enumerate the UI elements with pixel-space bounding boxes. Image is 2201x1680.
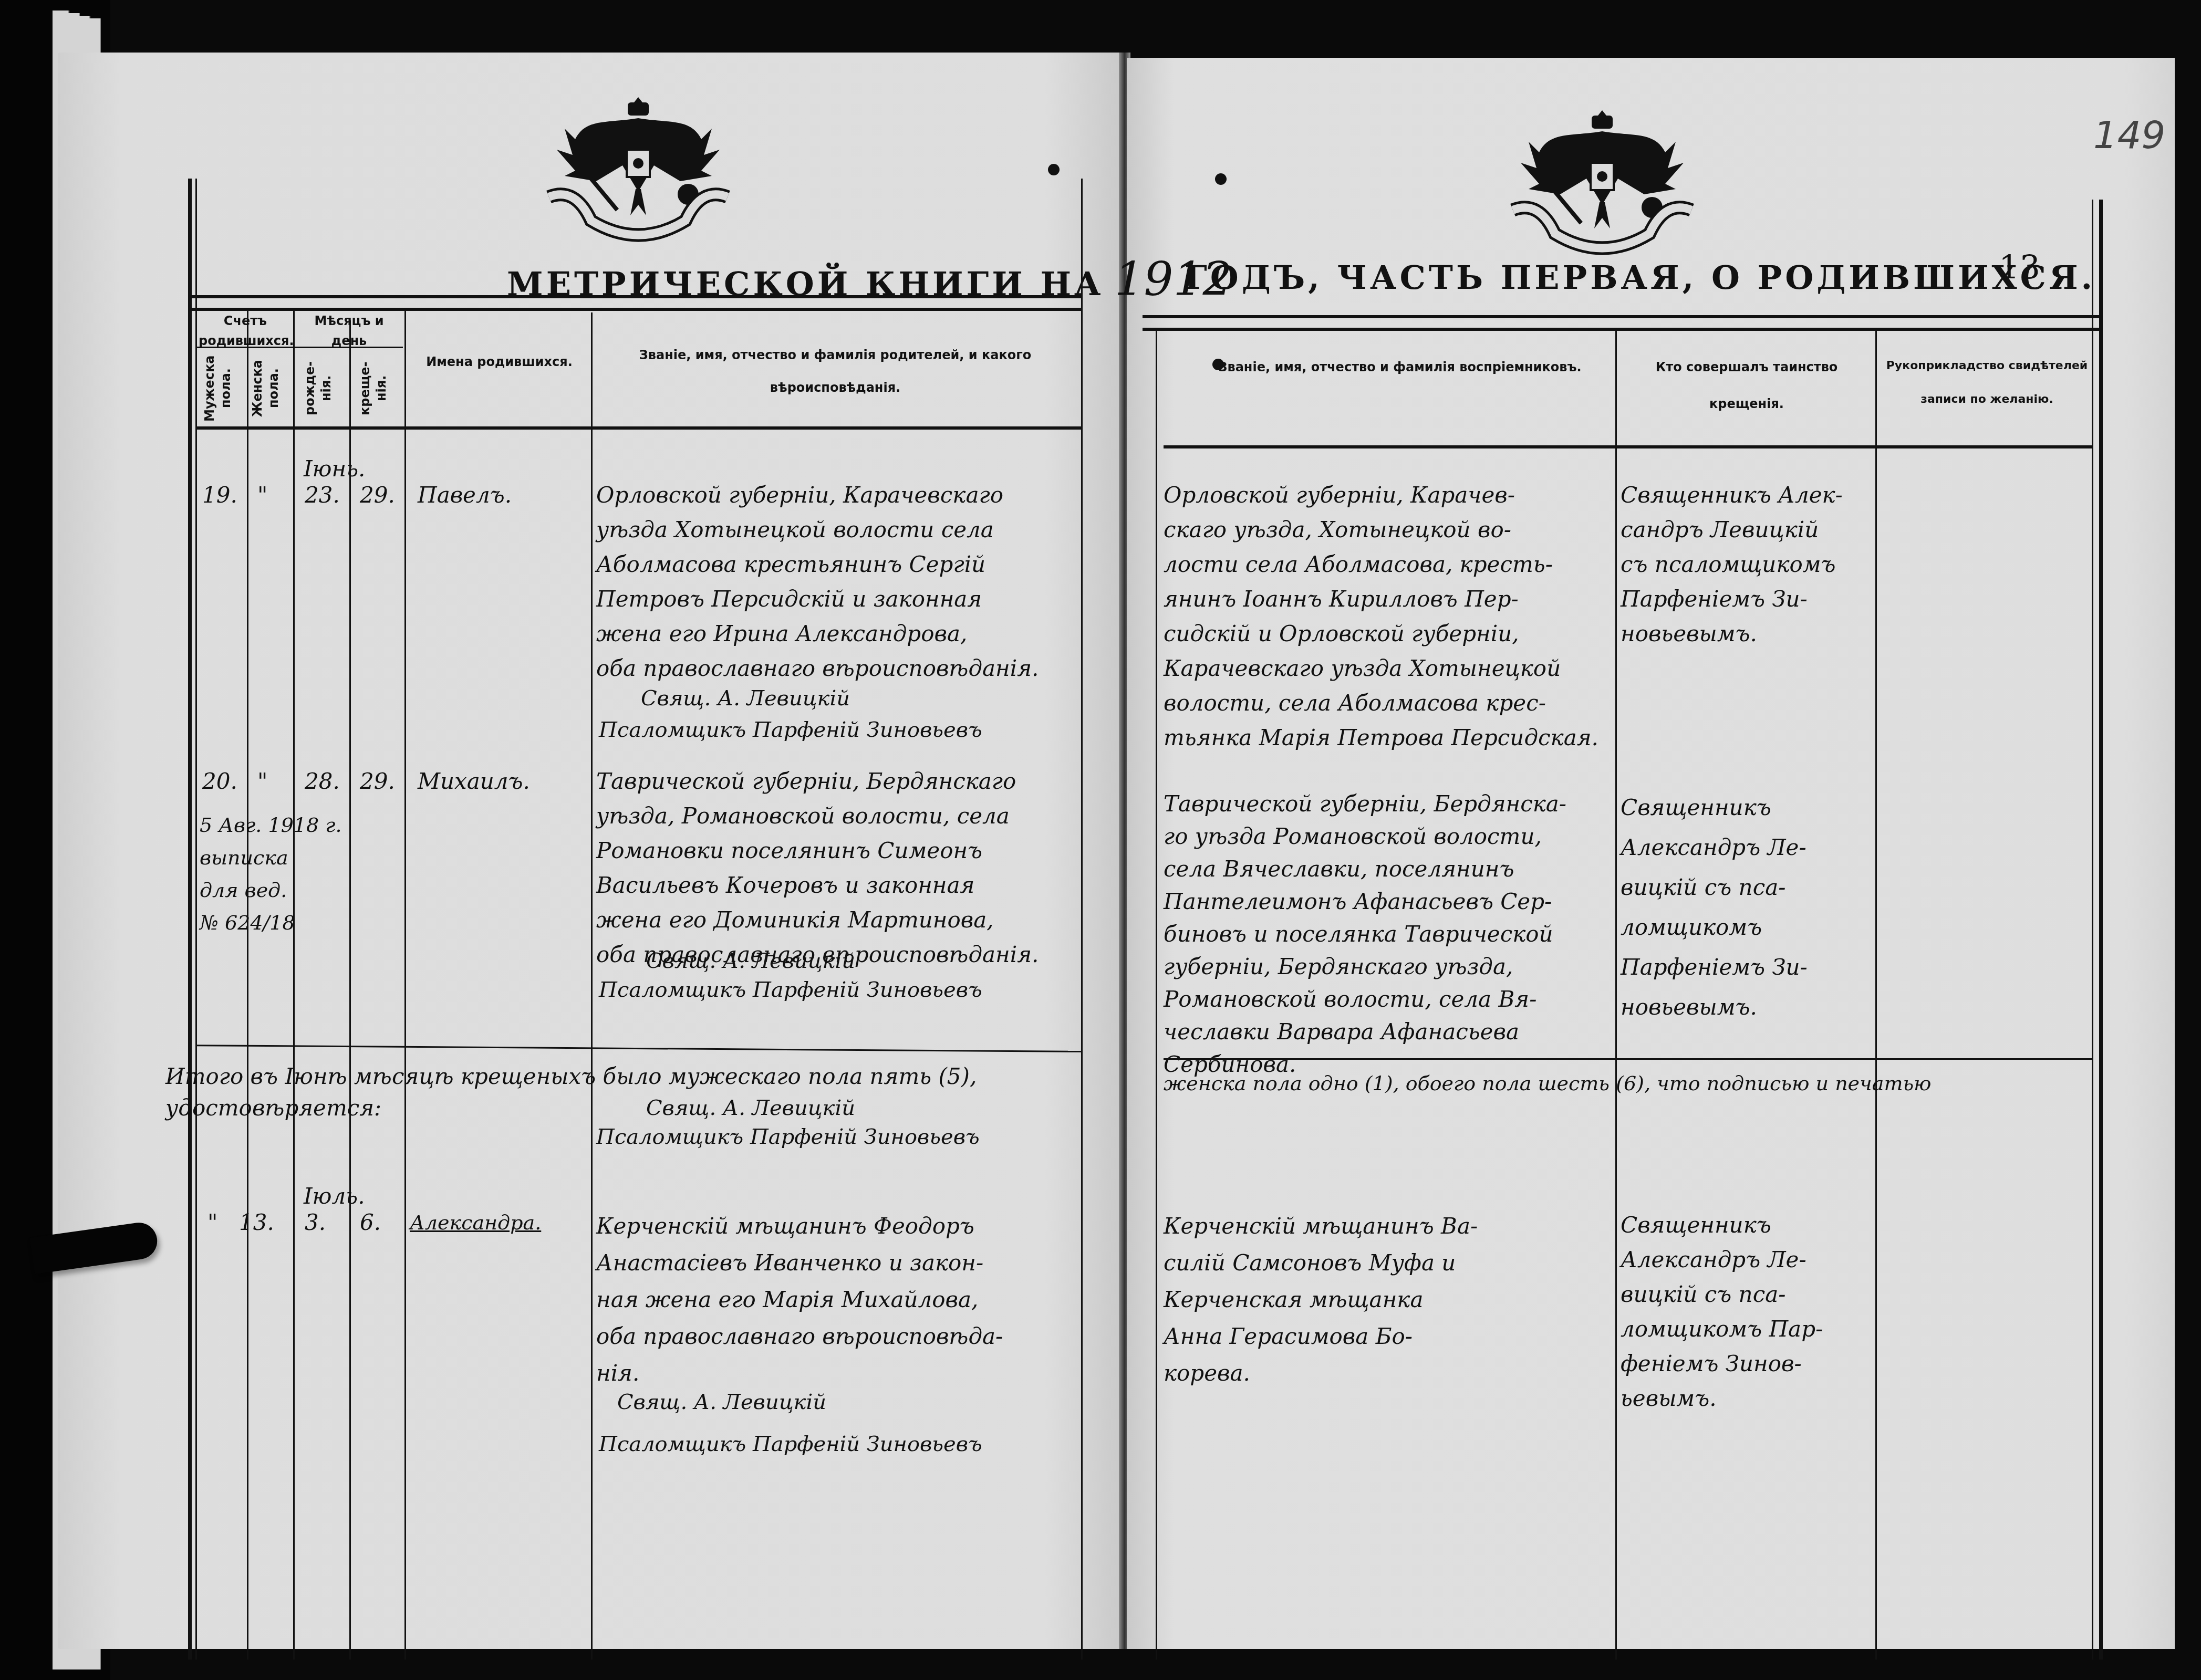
- imperial-eagle-emblem-icon: [1508, 100, 1697, 257]
- binding-hole: [1212, 359, 1224, 370]
- signature-priest: Свящ. А. Левицкій: [617, 1386, 826, 1418]
- right-page-border: [2092, 200, 2093, 1660]
- header-parents: Званіе, имя, отчество и фамилія родителе…: [604, 339, 1066, 404]
- entry-male-number: 19.: [202, 478, 237, 513]
- entry-performed-by: Священникъ Александръ Ле- вицкій съ пса-…: [1621, 788, 1873, 1027]
- entry-female-number: ": [257, 764, 267, 799]
- entry-godparents: Керченскій мѣщанинъ Ва- силій Самсоновъ …: [1164, 1208, 1615, 1392]
- signature-psalmist: Псаломщикъ Парфеній Зиновьевъ: [599, 1428, 982, 1460]
- entry-baptism-day: 29.: [360, 478, 395, 513]
- header-birth: рожде-нія.: [302, 353, 347, 424]
- header-month-day: Мѣсяцъ и день: [295, 311, 403, 351]
- header-bottom-rule: [1164, 445, 2093, 448]
- header-bottom-rule: [195, 426, 1081, 430]
- sheet-number: 13: [1999, 248, 2040, 286]
- column-divider: [293, 310, 295, 1660]
- entry-parents: Орловской губерніи, Карачевскаго уѣзда Х…: [596, 478, 1079, 686]
- entry-birth-day: 23.: [305, 478, 340, 513]
- left-page-border: [195, 179, 197, 1660]
- header-triple-rule: [1143, 315, 2101, 331]
- binding-hole: [1048, 164, 1060, 175]
- column-divider: [247, 310, 248, 1660]
- entry-parents: Таврической губерніи, Бердянскаго уѣзда,…: [596, 764, 1079, 972]
- signature-psalmist: Псаломщикъ Парфеній Зиновьевъ: [596, 1121, 980, 1153]
- column-divider: [1615, 331, 1617, 1660]
- binding-hole: [1215, 173, 1227, 185]
- signature-priest: Свящ. А. Левицкій: [641, 683, 850, 714]
- row-divider: [1164, 1058, 2093, 1060]
- left-page-border: [188, 179, 192, 1660]
- entry-performed-by: Священникъ Алек- сандръ Левицкій съ псал…: [1621, 478, 1873, 651]
- entry-child-name: Александра.: [410, 1205, 541, 1240]
- column-divider: [404, 310, 406, 1660]
- entry-baptism-day: 29.: [360, 764, 395, 799]
- header-godparents: Званіе, имя, отчество и фамилія воспріем…: [1203, 349, 1597, 386]
- header-female: Женска пола.: [250, 353, 292, 424]
- right-page-border: [2099, 200, 2103, 1660]
- header-baptism: креще-нія.: [357, 353, 402, 424]
- signature-psalmist: Псаломщикъ Парфеній Зиновьевъ: [599, 714, 982, 746]
- entry-male-number: ": [207, 1205, 217, 1240]
- header-names: Имена родившихся.: [409, 352, 590, 372]
- entry-birth-day: 28.: [305, 764, 340, 799]
- signature-priest: Свящ. А. Левицкій: [646, 945, 855, 977]
- entry-performed-by: Священникъ Александръ Ле- вицкій съ пса-…: [1621, 1208, 1873, 1416]
- entry-godparents: Орловской губерніи, Карачев- скаго уѣзда…: [1164, 478, 1615, 755]
- entry-female-number: 13.: [239, 1205, 274, 1240]
- entry-birth-day: 3.: [305, 1205, 326, 1240]
- header-performed-by: Кто совершалъ таинство крещенія.: [1623, 349, 1870, 422]
- column-divider: [349, 320, 351, 1660]
- entry-parents: Керченскій мѣщанинъ Феодоръ Анастасіевъ …: [596, 1208, 1079, 1392]
- entry-child-name: Павелъ.: [418, 478, 512, 513]
- entry-godparents: Таврической губерніи, Бердянска- го уѣзд…: [1164, 788, 1615, 1081]
- signature-priest: Свящ. А. Левицкій: [646, 1092, 855, 1124]
- left-table-edge: [1081, 179, 1083, 1660]
- title-right: годъ, часть первая, о родившихся.: [1185, 258, 2095, 297]
- entry-margin-note: 5 Авг. 1918 г. выписка для вед. № 624/18: [200, 809, 494, 939]
- entry-child-name: Михаилъ.: [418, 764, 530, 799]
- column-divider: [591, 312, 593, 1660]
- summary-text-right: женска пола одно (1), обоего пола шесть …: [1164, 1066, 2093, 1101]
- header-triple-rule: [189, 295, 1082, 311]
- signature-psalmist: Псаломщикъ Парфеній Зиновьевъ: [599, 974, 982, 1006]
- column-divider: [1875, 331, 1877, 1660]
- entry-baptism-day: 6.: [360, 1205, 381, 1240]
- entry-male-number: 20.: [202, 764, 237, 799]
- entry-female-number: ": [257, 478, 267, 513]
- header-count-group: Счетъ родившихся.: [199, 311, 292, 351]
- right-table-edge: [1156, 331, 1157, 1660]
- summary-text-left: Итого въ Іюнѣ мѣсяцѣ крещеныхъ было муже…: [165, 1061, 1085, 1124]
- header-male: Мужеска пола.: [202, 353, 244, 424]
- header-witnesses: Рукоприкладство свидѣтелей записи по жел…: [1883, 349, 2091, 416]
- folio-number: 149: [2093, 113, 2165, 157]
- imperial-eagle-emblem-icon: [544, 87, 733, 244]
